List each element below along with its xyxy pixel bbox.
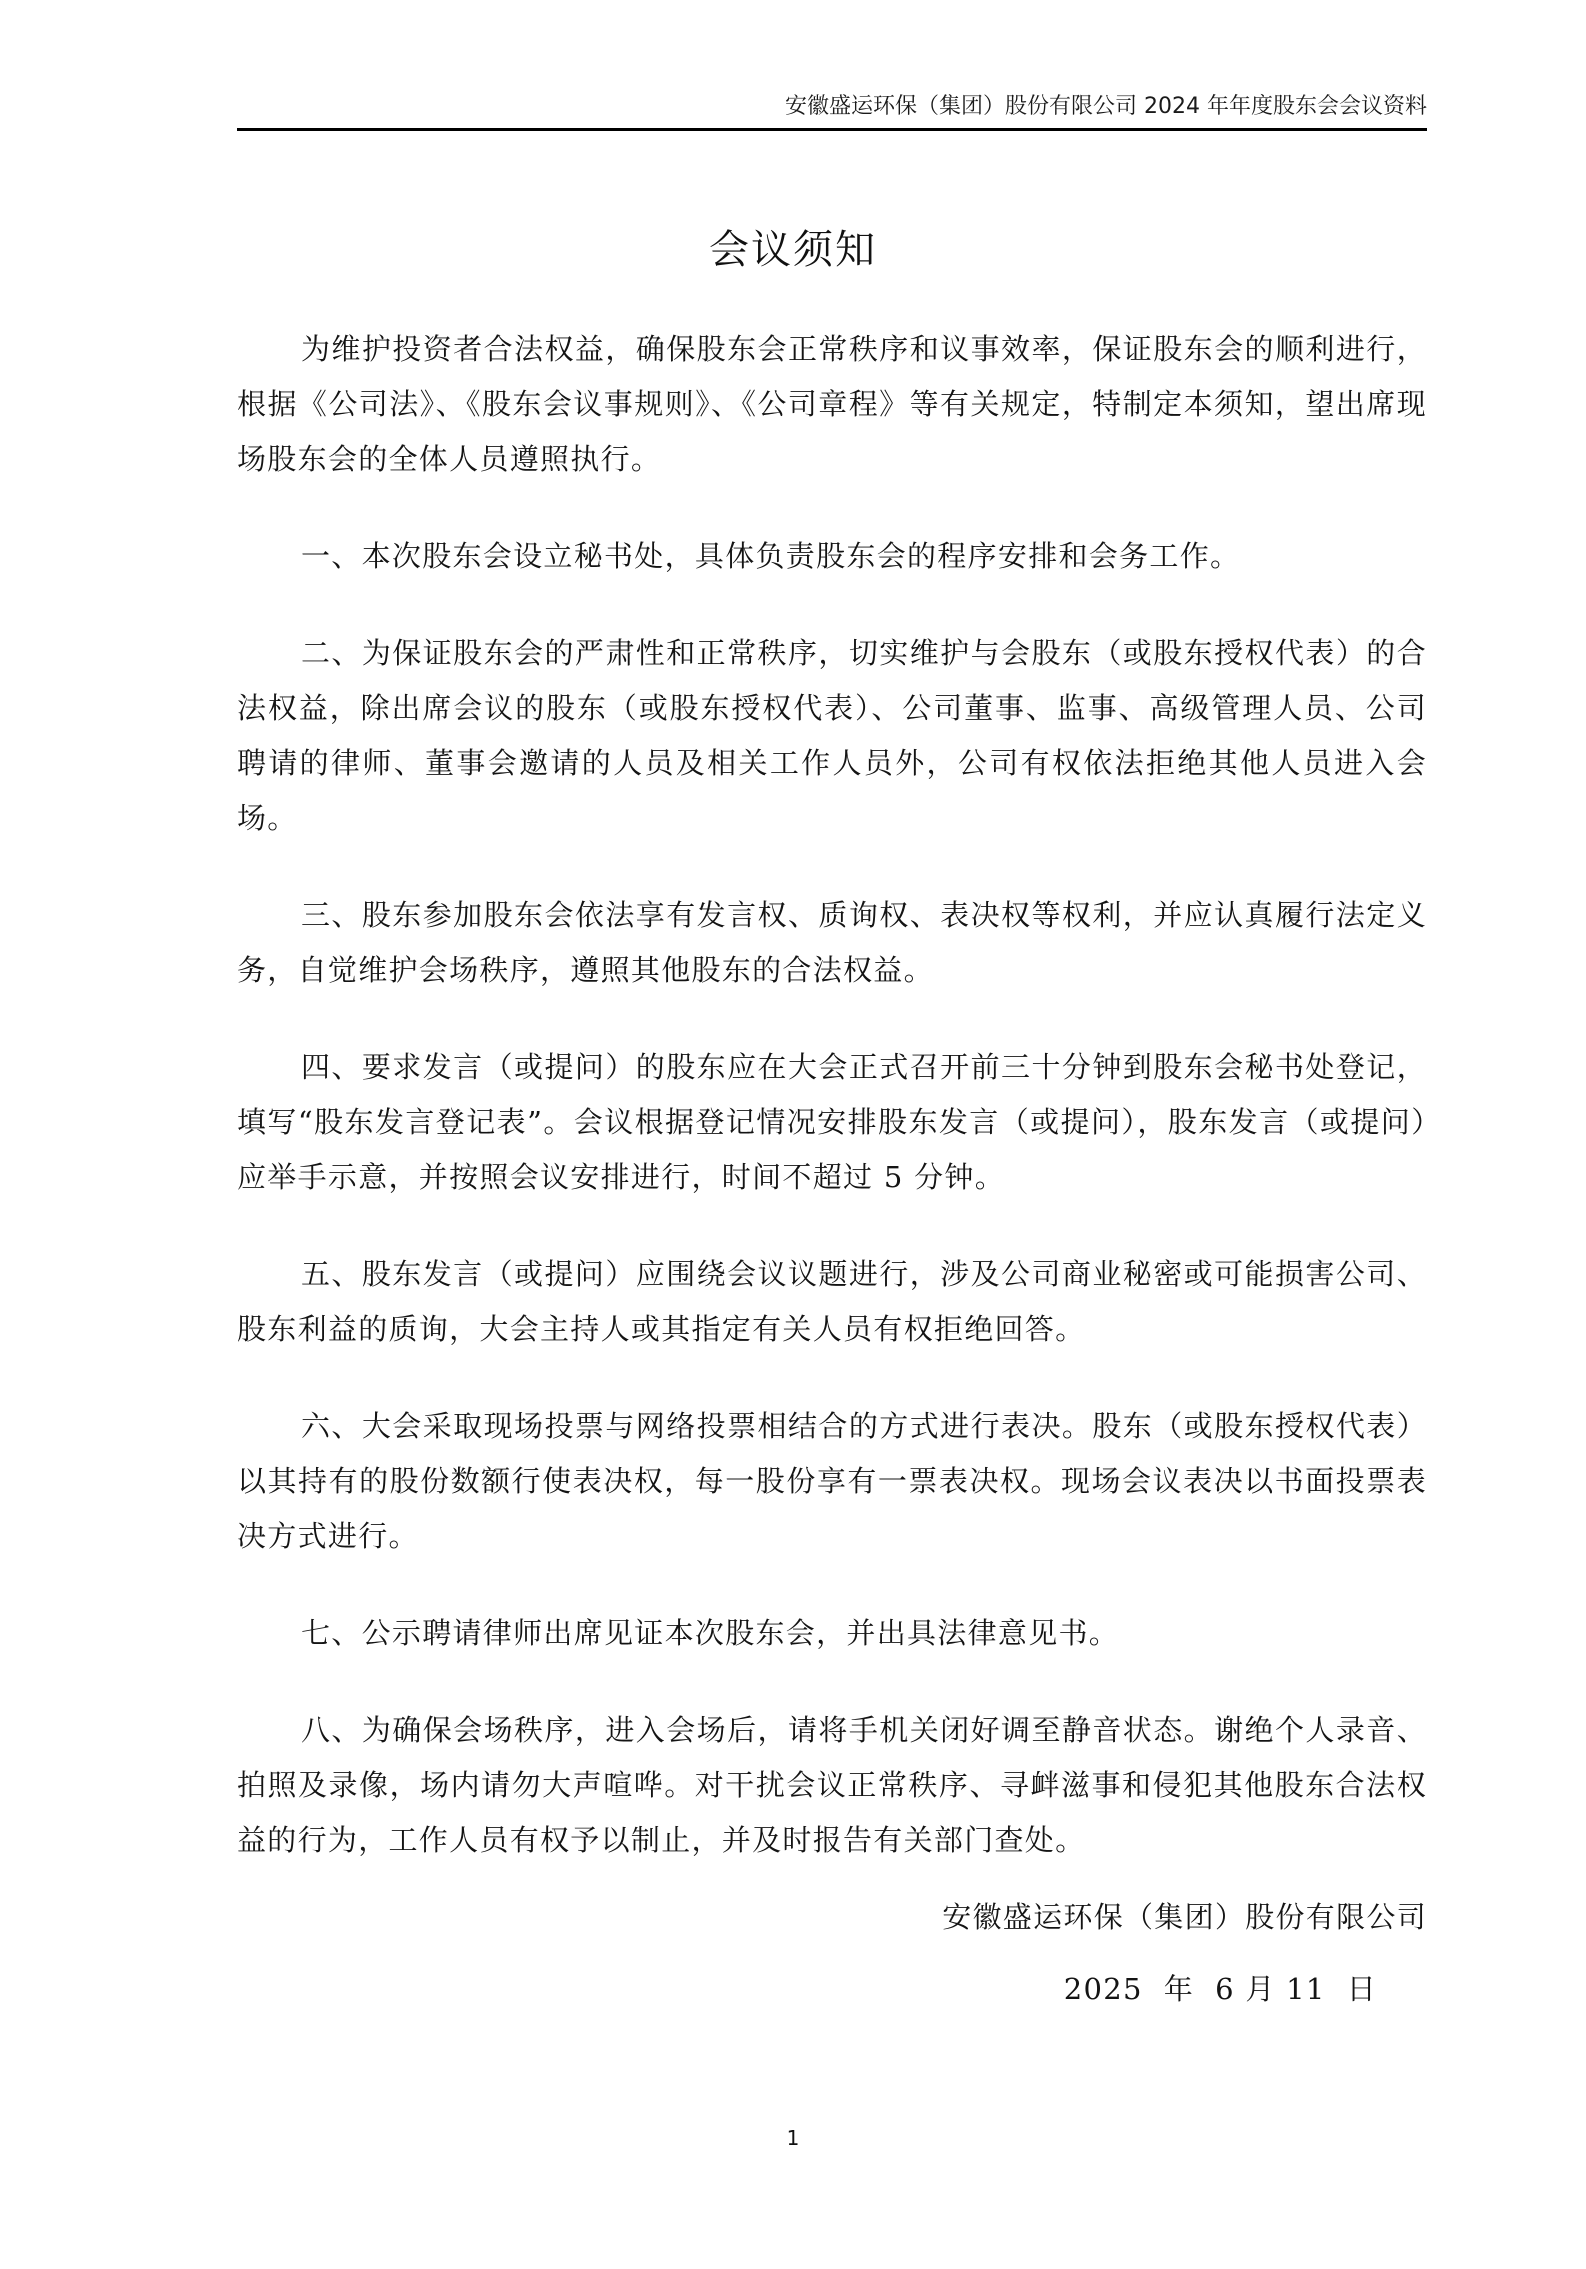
clause-6: 六、大会采取现场投票与网络投票相结合的方式进行表决。股东（或股东授权代表）以其持…	[237, 1399, 1427, 1564]
running-header: 安徽盛运环保（集团）股份有限公司 2024 年年度股东会会议资料	[237, 92, 1427, 130]
clause-8: 八、为确保会场秩序，进入会场后，请将手机关闭好调至静音状态。谢绝个人录音、拍照及…	[237, 1703, 1427, 1868]
clause-5: 五、股东发言（或提问）应围绕会议议题进行，涉及公司商业秘密或可能损害公司、股东利…	[237, 1247, 1427, 1357]
company-signature: 安徽盛运环保（集团）股份有限公司	[237, 1890, 1427, 1945]
document-body: 为维护投资者合法权益，确保股东会正常秩序和议事效率，保证股东会的顺利进行，根据《…	[237, 322, 1427, 1910]
document-date: 2025 年 6 月 11 日	[237, 1962, 1377, 2017]
page-number: 1	[0, 2124, 1586, 2152]
header-divider	[237, 128, 1427, 131]
document-title: 会议须知	[0, 222, 1586, 278]
intro-paragraph: 为维护投资者合法权益，确保股东会正常秩序和议事效率，保证股东会的顺利进行，根据《…	[237, 322, 1427, 487]
clause-1: 一、本次股东会设立秘书处，具体负责股东会的程序安排和会务工作。	[237, 529, 1427, 584]
document-page: 安徽盛运环保（集团）股份有限公司 2024 年年度股东会会议资料 会议须知 为维…	[0, 0, 1586, 2269]
clause-2: 二、为保证股东会的严肃性和正常秩序，切实维护与会股东（或股东授权代表）的合法权益…	[237, 626, 1427, 846]
clause-3: 三、股东参加股东会依法享有发言权、质询权、表决权等权利，并应认真履行法定义务，自…	[237, 888, 1427, 998]
clause-7: 七、公示聘请律师出席见证本次股东会，并出具法律意见书。	[237, 1606, 1427, 1661]
clause-4: 四、要求发言（或提问）的股东应在大会正式召开前三十分钟到股东会秘书处登记，填写“…	[237, 1040, 1427, 1205]
